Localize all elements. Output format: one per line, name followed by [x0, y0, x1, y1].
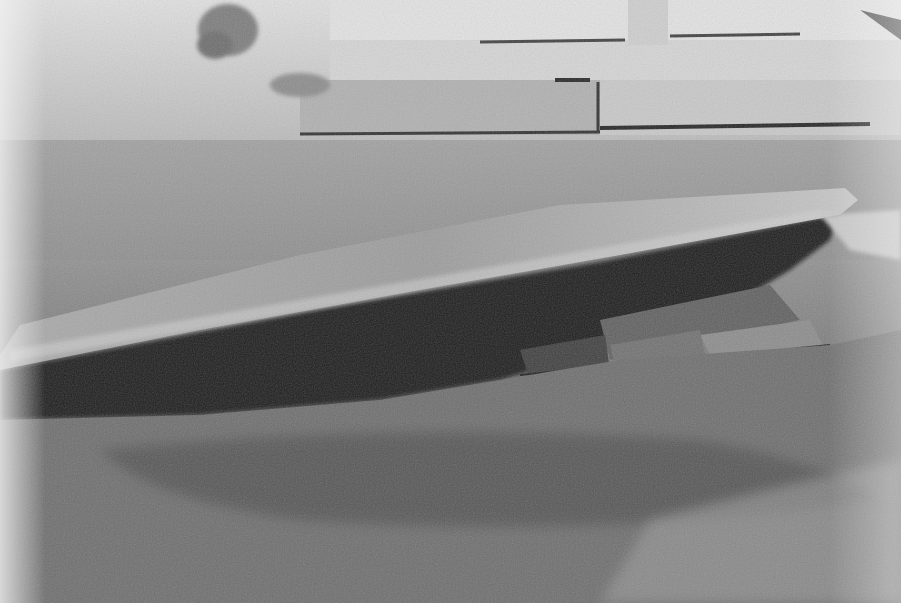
photo-scene: [0, 0, 901, 603]
photograph: Black-and-white photograph of a large, t…: [0, 0, 901, 603]
edge-fade: [0, 0, 901, 603]
